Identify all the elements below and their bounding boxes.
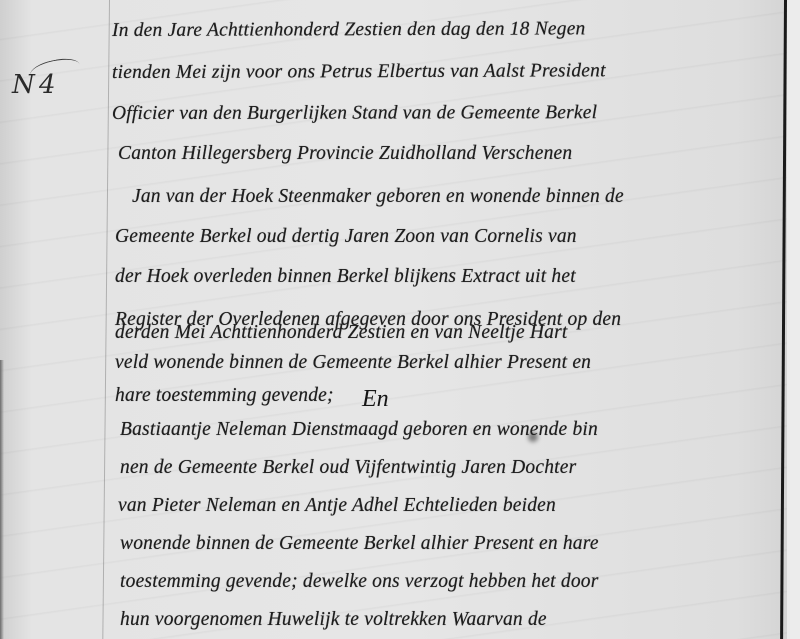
page-edge-shadow [0, 360, 4, 639]
text-line: van Pieter Neleman en Antje Adhel Echtel… [118, 495, 556, 517]
text-line: veld wonende binnen de Gemeente Berkel a… [115, 352, 591, 374]
text-line: tienden Mei zijn voor ons Petrus Elbertu… [112, 60, 606, 84]
text-line: toestemming gevende; dewelke ons verzogt… [120, 571, 599, 593]
text-line: nen de Gemeente Berkel oud Vijfentwintig… [120, 457, 576, 479]
text-line: Gemeente Berkel oud dertig Jaren Zoon va… [115, 226, 577, 248]
left-margin-rule [102, 0, 110, 639]
text-line: Bastiaantje Neleman Dienstmaagd geboren … [120, 419, 598, 441]
centered-word-en: En [362, 386, 389, 413]
right-page-strip [787, 0, 800, 639]
text-line: hare toestemming gevende; [115, 385, 334, 407]
right-margin-rule [780, 0, 787, 639]
record-number: N 4 [12, 70, 54, 100]
text-line: Officier van den Burgerlijken Stand van … [112, 102, 597, 125]
ink-blot [528, 432, 538, 442]
text-line: hun voorgenomen Huwelijk te voltrekken W… [120, 609, 547, 631]
text-line: wonende binnen de Gemeente Berkel alhier… [120, 533, 599, 555]
text-line: Jan van der Hoek Steenmaker geboren en w… [132, 186, 624, 208]
text-line: In den Jare Achttienhonderd Zestien den … [112, 18, 586, 42]
text-line: Canton Hillegersberg Provincie Zuidholla… [118, 143, 572, 165]
text-line: derden Mei Achttienhonderd Zestien en va… [115, 322, 568, 344]
document-scan: N 4 In den Jare Achttienhonderd Zestien … [0, 0, 800, 639]
text-line: der Hoek overleden binnen Berkel blijken… [115, 266, 576, 288]
